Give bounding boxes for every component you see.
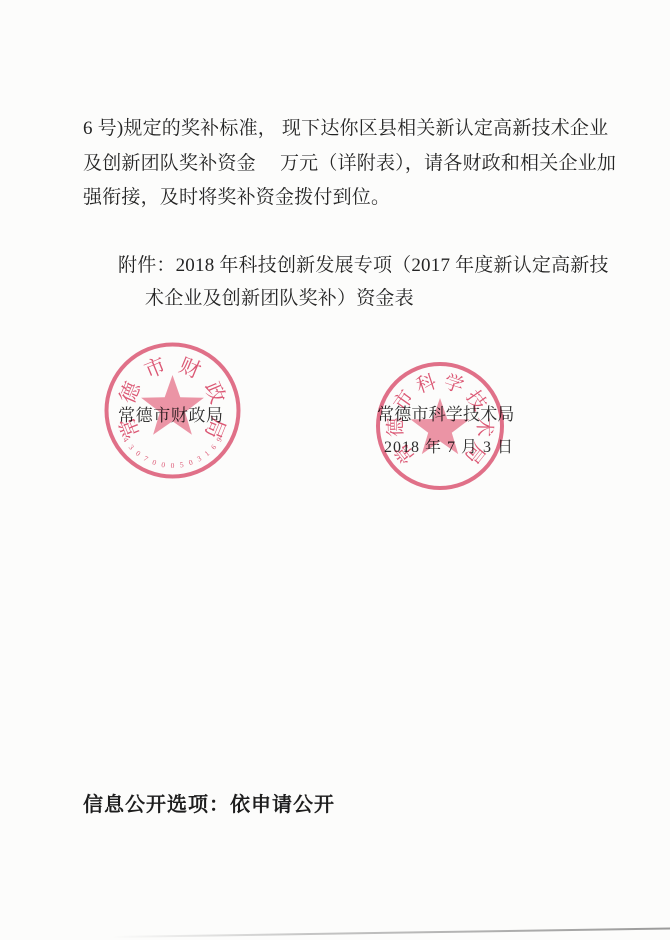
svg-text:市: 市 [141,353,170,383]
svg-text:7: 7 [142,454,150,464]
notice-body-paragraph: 6 号)规定的奖补标准， 现下达你区县相关新认定高新技术企业 及创新团队奖补资金… [83,113,608,217]
svg-text:0: 0 [161,460,166,470]
science-tech-bureau-seal: 常德市科学技术局 [375,361,505,491]
svg-text:3: 3 [127,443,136,452]
svg-text:技: 技 [461,386,490,415]
paragraph-line-3: 强衔接，及时将奖补资金拨付到位。 [83,182,608,217]
svg-text:德: 德 [115,377,146,407]
svg-text:市: 市 [389,386,418,415]
attachment-reference: 附件：2018 年科技创新发展专项（2017 年度新认定高新技 术企业及创新团队… [118,250,609,316]
scanned-document-page: 6 号)规定的奖补标准， 现下达你区县相关新认定高新技术企业 及创新团队奖补资金… [0,0,670,940]
svg-text:财: 财 [176,353,205,383]
svg-text:常: 常 [391,439,420,468]
svg-text:0: 0 [187,457,194,467]
scan-page-edge-line [112,927,670,938]
svg-text:3: 3 [195,454,203,464]
info-disclosure-note: 信息公开选项：依申请公开 [83,788,335,817]
svg-text:政: 政 [200,378,230,407]
svg-text:1: 1 [203,449,212,459]
svg-text:术: 术 [473,417,495,437]
svg-text:0: 0 [151,458,158,468]
svg-text:0: 0 [134,449,143,459]
attachment-line-2: 术企业及创新团队奖补）资金表 [118,283,609,316]
svg-text:0: 0 [171,461,175,470]
svg-text:5: 5 [179,460,184,470]
svg-text:局: 局 [460,439,489,467]
svg-text:学: 学 [441,371,466,398]
svg-text:德: 德 [385,417,407,438]
finance-bureau-seal: 常德市财政局4307000503169 [101,339,243,481]
paragraph-line-1: 6 号)规定的奖补标准， 现下达你区县相关新认定高新技术企业 [83,113,608,148]
svg-text:科: 科 [414,371,440,398]
svg-text:6: 6 [209,443,218,452]
paragraph-line-2: 及创新团队奖补资金 万元（详附表），请各财政和相关企业加 [83,148,608,183]
attachment-line-1: 附件：2018 年科技创新发展专项（2017 年度新认定高新技 [118,250,609,283]
